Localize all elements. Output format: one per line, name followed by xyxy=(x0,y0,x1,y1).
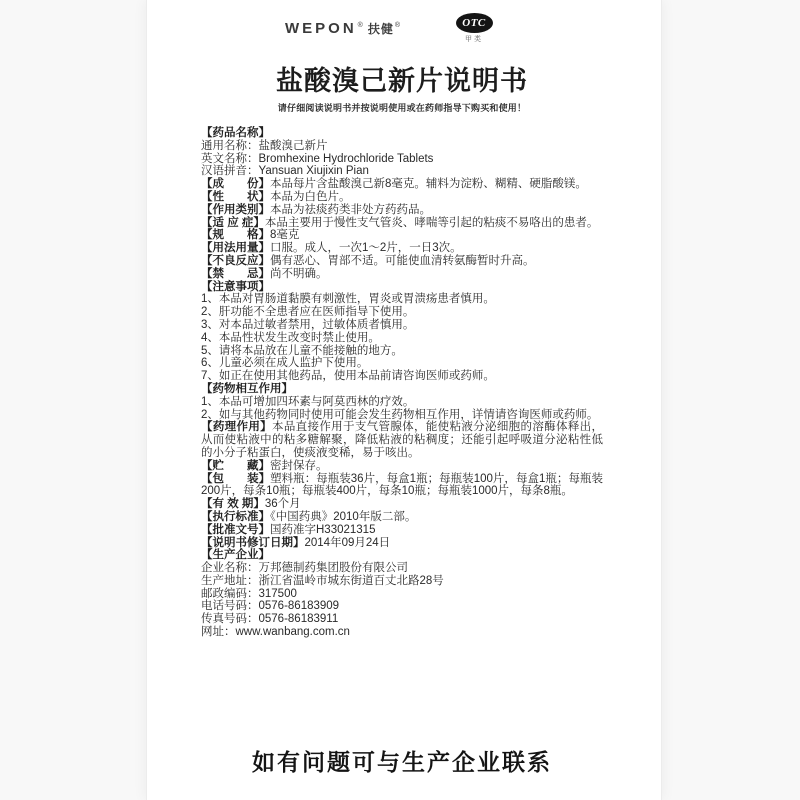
body-line: 2、如与其他药物同时使用可能会发生药物相互作用，详情请咨询医师或药师。 xyxy=(201,409,603,422)
section-label: 【执行标准】 xyxy=(201,511,270,523)
section-text: 本品每片含盐酸溴己新8毫克。辅料为淀粉、糊精、硬脂酸镁。 xyxy=(270,178,587,190)
section-text: 密封保存。 xyxy=(270,460,328,472)
body-line: 3、对本品过敏者禁用，过敏体质者慎用。 xyxy=(201,319,603,332)
page-background: { "brand": { "logo_en": "WEPON", "logo_e… xyxy=(0,0,800,800)
registered-trademark-icon: ® xyxy=(395,22,400,29)
brand-chinese-name: 扶健 xyxy=(368,22,394,36)
section-text: 口服。成人，一次1～2片，一日3次。 xyxy=(270,242,462,254)
body-line: 生产地址：浙江省温岭市城东街道百丈北路28号 xyxy=(201,575,603,588)
section-text: 国药准字H33021315 xyxy=(270,524,375,536)
section-text: 生产地址：浙江省温岭市城东街道百丈北路28号 xyxy=(201,575,444,587)
body-line: 【有 效 期】36个月 xyxy=(201,498,603,511)
section-label: 【性 状】 xyxy=(201,191,270,203)
section-text: 2014年09月24日 xyxy=(305,537,391,549)
section-label: 【药品名称】 xyxy=(201,127,270,139)
otc-badge: OTC 甲类 xyxy=(453,13,495,44)
section-text: 8毫克 xyxy=(270,229,299,241)
section-text: 尚不明确。 xyxy=(270,268,328,280)
body-line: 【禁 忌】尚不明确。 xyxy=(201,268,603,281)
leaflet-paper: WEPON®扶健® OTC 甲类 盐酸溴己新片说明书 请仔细阅读说明书并按说明使… xyxy=(146,0,662,800)
section-text: 汉语拼音：Yansuan Xiujixin Pian xyxy=(201,165,369,177)
section-label: 【贮 藏】 xyxy=(201,460,270,472)
section-text: 传真号码：0576-86183911 xyxy=(201,613,338,625)
section-label: 【有 效 期】 xyxy=(201,498,265,510)
body-line: 【不良反应】偶有恶心、胃部不适。可能使血清转氨酶暂时升高。 xyxy=(201,255,603,268)
section-label: 【禁 忌】 xyxy=(201,268,270,280)
section-text: 4、本品性状发生改变时禁止使用。 xyxy=(201,332,380,344)
body-line: 2、肝功能不全患者应在医师指导下使用。 xyxy=(201,306,603,319)
body-line: 【药物相互作用】 xyxy=(201,383,603,396)
body-line: 英文名称：Bromhexine Hydrochloride Tablets xyxy=(201,153,603,166)
section-text: 本品主要用于慢性支气管炎、哮喘等引起的粘痰不易咯出的患者。 xyxy=(265,217,599,229)
footer-contact-note: 如有问题可与生产企业联系 xyxy=(201,744,603,777)
instructions-body: 【药品名称】通用名称：盐酸溴己新片英文名称：Bromhexine Hydroch… xyxy=(201,127,603,639)
section-label: 【说明书修订日期】 xyxy=(201,537,305,549)
body-line: 【说明书修订日期】2014年09月24日 xyxy=(201,537,603,550)
section-text: 2、如与其他药物同时使用可能会发生药物相互作用，详情请咨询医师或药师。 xyxy=(201,409,598,421)
section-text: 5、请将本品放在儿童不能接触的地方。 xyxy=(201,345,403,357)
section-label: 【不良反应】 xyxy=(201,255,270,267)
body-line: 【成 份】本品每片含盐酸溴己新8毫克。辅料为淀粉、糊精、硬脂酸镁。 xyxy=(201,178,603,191)
section-text: 2、肝功能不全患者应在医师指导下使用。 xyxy=(201,306,414,318)
section-text: 本品为祛痰药类非处方药药品。 xyxy=(270,204,431,216)
body-line: 5、请将本品放在儿童不能接触的地方。 xyxy=(201,345,603,358)
section-label: 【药物相互作用】 xyxy=(201,383,293,395)
body-line: 【作用类别】本品为祛痰药类非处方药药品。 xyxy=(201,204,603,217)
section-text: 1、本品对胃肠道黏膜有刺激性，胃炎或胃溃疡患者慎用。 xyxy=(201,293,495,305)
body-line: 【药理作用】本品直接作用于支气管腺体，能使粘液分泌细胞的溶酶体释出，从而使粘液中… xyxy=(201,421,603,459)
section-text: 邮政编码：317500 xyxy=(201,588,297,600)
otc-oval-icon: OTC xyxy=(456,13,493,33)
body-line: 【生产企业】 xyxy=(201,549,603,562)
section-label: 【药理作用】 xyxy=(201,421,272,433)
body-line: 汉语拼音：Yansuan Xiujixin Pian xyxy=(201,165,603,178)
body-line: 1、本品可增加四环素与阿莫西林的疗效。 xyxy=(201,396,603,409)
body-line: 【用法用量】口服。成人，一次1～2片，一日3次。 xyxy=(201,242,603,255)
section-text: 7、如正在使用其他药品，使用本品前请咨询医师或药师。 xyxy=(201,370,495,382)
section-text: 36个月 xyxy=(265,498,301,510)
otc-class-label: 甲类 xyxy=(453,34,495,44)
body-line: 企业名称：万邦德制药集团股份有限公司 xyxy=(201,562,603,575)
body-line: 通用名称：盐酸溴己新片 xyxy=(201,140,603,153)
usage-warning-subtitle: 请仔细阅读说明书并按说明使用或在药师指导下购买和使用！ xyxy=(201,101,603,114)
body-line: 【包 装】塑料瓶：每瓶装36片，每盒1瓶；每瓶装100片，每盒1瓶；每瓶装200… xyxy=(201,473,603,499)
body-line: 1、本品对胃肠道黏膜有刺激性，胃炎或胃溃疡患者慎用。 xyxy=(201,293,603,306)
section-label: 【适 应 症】 xyxy=(201,217,265,229)
section-label: 【包 装】 xyxy=(201,473,270,485)
section-label: 【成 份】 xyxy=(201,178,270,190)
section-label: 【注意事项】 xyxy=(201,281,270,293)
section-text: 偶有恶心、胃部不适。可能使血清转氨酶暂时升高。 xyxy=(270,255,535,267)
section-label: 【规 格】 xyxy=(201,229,270,241)
body-line: 电话号码：0576-86183909 xyxy=(201,600,603,613)
body-line: 网址：www.wanbang.com.cn xyxy=(201,626,603,639)
body-line: 6、儿童必须在成人监护下使用。 xyxy=(201,357,603,370)
page-title: 盐酸溴己新片说明书 xyxy=(201,59,603,98)
wepon-wordmark: WEPON xyxy=(285,20,357,37)
body-line: 【规 格】8毫克 xyxy=(201,229,603,242)
body-line: 【药品名称】 xyxy=(201,127,603,140)
body-line: 【执行标准】《中国药典》2010年版二部。 xyxy=(201,511,603,524)
section-text: 网址：www.wanbang.com.cn xyxy=(201,626,350,638)
section-text: 《中国药典》2010年版二部。 xyxy=(270,511,416,523)
section-label: 【用法用量】 xyxy=(201,242,270,254)
section-text: 1、本品可增加四环素与阿莫西林的疗效。 xyxy=(201,396,414,408)
section-text: 电话号码：0576-86183909 xyxy=(201,600,339,612)
leaflet-content: WEPON®扶健® OTC 甲类 盐酸溴己新片说明书 请仔细阅读说明书并按说明使… xyxy=(201,0,603,800)
body-line: 4、本品性状发生改变时禁止使用。 xyxy=(201,332,603,345)
section-text: 本品为白色片。 xyxy=(270,191,351,203)
section-text: 英文名称：Bromhexine Hydrochloride Tablets xyxy=(201,153,433,165)
body-line: 【注意事项】 xyxy=(201,281,603,294)
brand-logo: WEPON®扶健® xyxy=(285,20,603,38)
body-line: 传真号码：0576-86183911 xyxy=(201,613,603,626)
section-text: 6、儿童必须在成人监护下使用。 xyxy=(201,357,368,369)
registered-trademark-icon: ® xyxy=(358,22,363,29)
body-line: 7、如正在使用其他药品，使用本品前请咨询医师或药师。 xyxy=(201,370,603,383)
section-label: 【批准文号】 xyxy=(201,524,270,536)
section-text: 企业名称：万邦德制药集团股份有限公司 xyxy=(201,562,408,574)
body-line: 【适 应 症】本品主要用于慢性支气管炎、哮喘等引起的粘痰不易咯出的患者。 xyxy=(201,217,603,230)
section-label: 【作用类别】 xyxy=(201,204,270,216)
section-text: 3、对本品过敏者禁用，过敏体质者慎用。 xyxy=(201,319,414,331)
body-line: 【批准文号】国药准字H33021315 xyxy=(201,524,603,537)
section-text: 通用名称：盐酸溴己新片 xyxy=(201,140,328,152)
body-line: 邮政编码：317500 xyxy=(201,588,603,601)
section-label: 【生产企业】 xyxy=(201,549,270,561)
body-line: 【贮 藏】密封保存。 xyxy=(201,460,603,473)
body-line: 【性 状】本品为白色片。 xyxy=(201,191,603,204)
